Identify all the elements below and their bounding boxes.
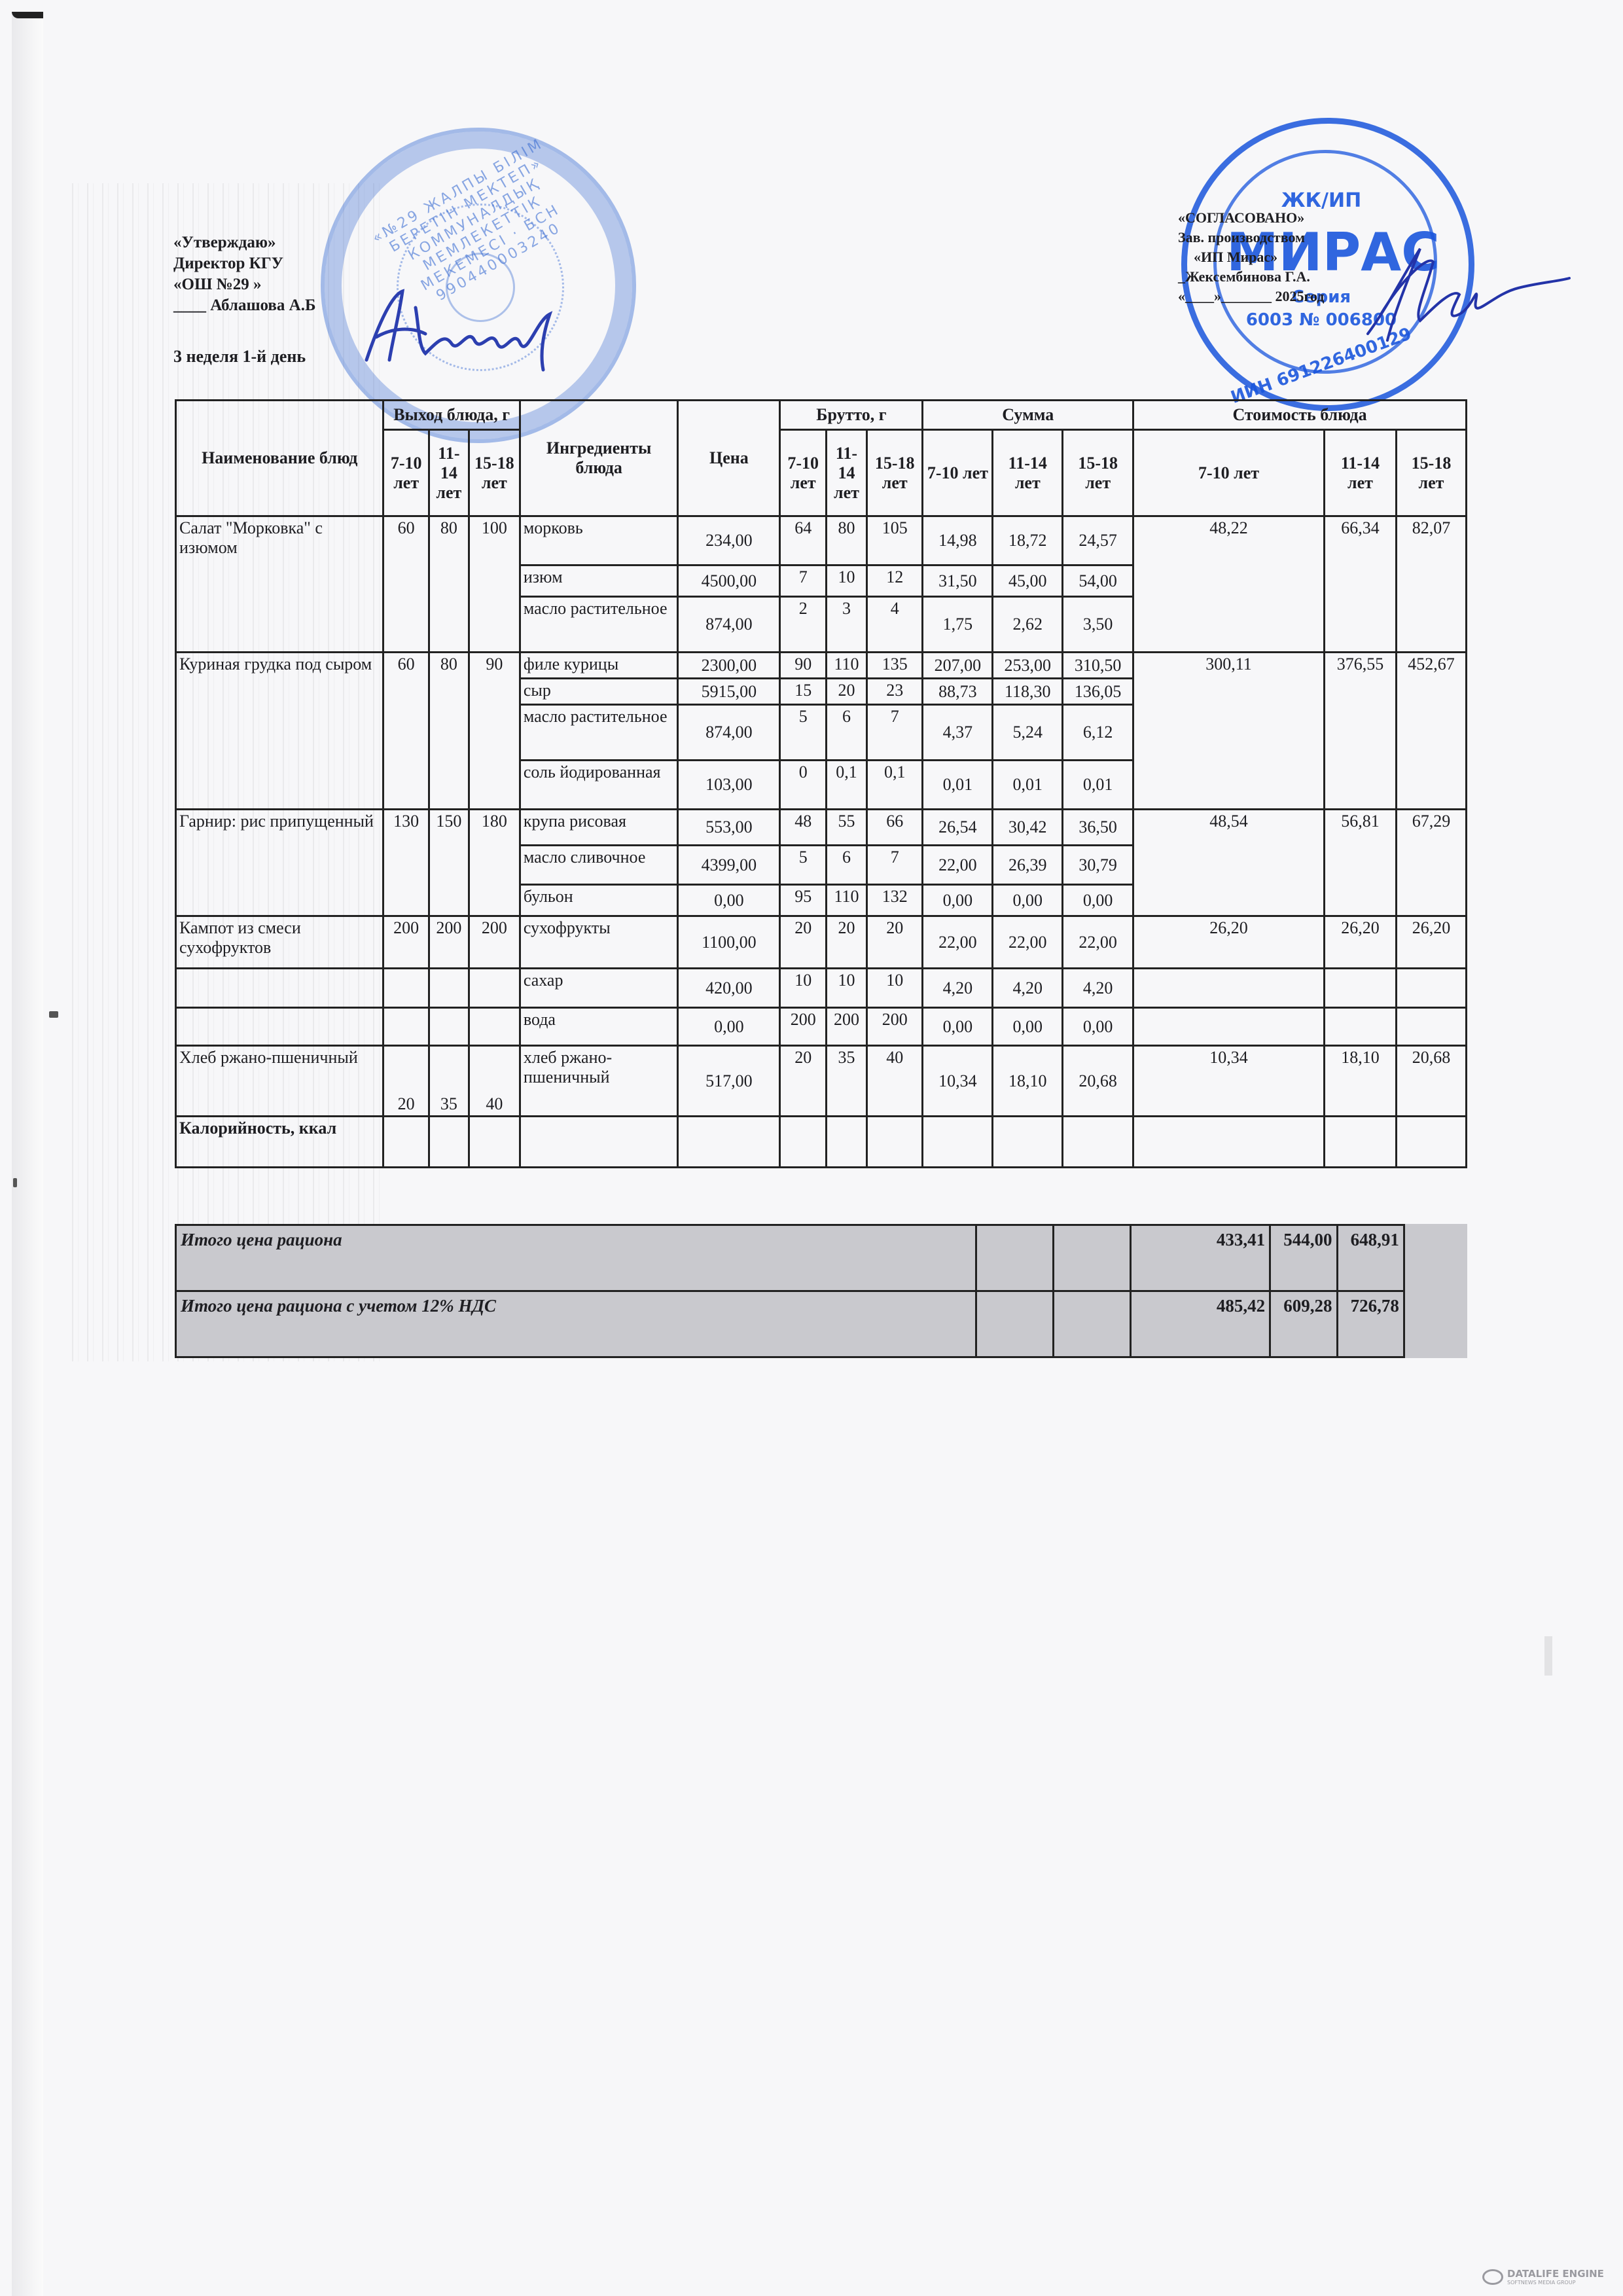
- ingredient-sum: 0,00: [923, 885, 993, 916]
- header-dish-name: Наименование блюд: [176, 401, 383, 516]
- ingredient-name: морковь: [520, 516, 678, 565]
- dish-yield: 35: [429, 1046, 469, 1117]
- ingredient-sum: 0,00: [1063, 885, 1133, 916]
- stamp-emblem-ring: [397, 204, 564, 371]
- ingredient-sum: 4,37: [923, 705, 993, 761]
- ingredient-price: 874,00: [678, 705, 780, 761]
- calorie-cell: [469, 1117, 520, 1168]
- ingredient-name: филе курицы: [520, 653, 678, 679]
- ingredient-gross: 2: [780, 597, 827, 653]
- ingredient-sum: 310,50: [1063, 653, 1133, 679]
- approval-heading: «Утверждаю»: [173, 232, 316, 253]
- ingredient-sum: 18,10: [993, 1046, 1063, 1117]
- approval-block: «Утверждаю» Директор КГУ «ОШ №29 » ____ …: [173, 232, 316, 316]
- ingredient-gross: 200: [866, 1008, 923, 1046]
- totals-value: 485,42: [1130, 1291, 1270, 1357]
- ingredient-gross: 66: [866, 810, 923, 846]
- calorie-cell: [780, 1117, 827, 1168]
- header-age-15-18: 15-18 лет: [1063, 430, 1133, 516]
- agreement-organization: «ИП Мирас»: [1178, 247, 1324, 267]
- page-edge: [12, 12, 43, 2296]
- ingredient-sum: 22,00: [993, 916, 1063, 969]
- dish-name: Кампот из смеси сухофруктов: [176, 916, 383, 969]
- ingredient-gross: 200: [826, 1008, 866, 1046]
- dish-cost-15-18: [1397, 969, 1467, 1008]
- ingredient-name: сухофрукты: [520, 916, 678, 969]
- dish-yield: [429, 969, 469, 1008]
- dish-yield: 80: [429, 516, 469, 653]
- totals-row: Итого цена рациона433,41544,00648,91: [176, 1225, 1467, 1291]
- dish-yield: [383, 1008, 429, 1046]
- ingredient-sum: 45,00: [993, 565, 1063, 597]
- table-row: Гарнир: рис припущенный130150180крупа ри…: [176, 810, 1467, 846]
- ingredient-sum: 31,50: [923, 565, 993, 597]
- ingredient-gross: 135: [866, 653, 923, 679]
- ingredient-sum: 88,73: [923, 679, 993, 705]
- ingredient-gross: 40: [866, 1046, 923, 1117]
- dish-yield: 200: [429, 916, 469, 969]
- totals-label: Итого цена рациона: [176, 1225, 976, 1291]
- ingredient-sum: 0,00: [993, 1008, 1063, 1046]
- totals-table: Итого цена рациона433,41544,00648,91Итог…: [175, 1224, 1467, 1358]
- ingredient-gross: 55: [826, 810, 866, 846]
- dish-yield: [469, 1008, 520, 1046]
- header-age-15-18: 15-18 лет: [1397, 430, 1467, 516]
- ingredient-price: 4500,00: [678, 565, 780, 597]
- header-yield: Выход блюда, г: [383, 401, 520, 430]
- dish-name: [176, 969, 383, 1008]
- ingredient-gross: 0,1: [826, 761, 866, 810]
- dish-yield: 80: [429, 653, 469, 810]
- dish-yield: 90: [469, 653, 520, 810]
- ingredient-sum: 0,01: [923, 761, 993, 810]
- ingredient-sum: 4,20: [993, 969, 1063, 1008]
- calorie-cell: [383, 1117, 429, 1168]
- dish-cost-11-14: [1324, 1008, 1396, 1046]
- ingredient-gross: 200: [780, 1008, 827, 1046]
- totals-row: Итого цена рациона с учетом 12% НДС485,4…: [176, 1291, 1467, 1357]
- header-age-11-14: 11-14 лет: [993, 430, 1063, 516]
- ingredient-gross: 48: [780, 810, 827, 846]
- totals-value: 544,00: [1270, 1225, 1337, 1291]
- ingredient-gross: 95: [780, 885, 827, 916]
- dish-cost-15-18: 82,07: [1397, 516, 1467, 653]
- dish-cost-15-18: 26,20: [1397, 916, 1467, 969]
- ingredient-gross: 132: [866, 885, 923, 916]
- calorie-cell: [1397, 1117, 1467, 1168]
- dish-cost-7-10: [1133, 1008, 1325, 1046]
- ingredient-sum: 136,05: [1063, 679, 1133, 705]
- dish-yield: 200: [383, 916, 429, 969]
- ingredient-sum: 22,00: [923, 846, 993, 885]
- datalife-logo-icon: [1482, 2269, 1503, 2285]
- dish-yield: 200: [469, 916, 520, 969]
- totals-empty-cell: [976, 1225, 1054, 1291]
- header-age-7-10: 7-10 лет: [923, 430, 993, 516]
- ingredient-sum: 18,72: [993, 516, 1063, 565]
- ingredient-gross: 35: [826, 1046, 866, 1117]
- watermark-subtitle: SOFTNEWS MEDIA GROUP: [1507, 2280, 1604, 2286]
- ingredient-price: 0,00: [678, 1008, 780, 1046]
- dish-cost-11-14: 376,55: [1324, 653, 1396, 810]
- ingredient-name: масло растительное: [520, 705, 678, 761]
- ingredient-price: 234,00: [678, 516, 780, 565]
- dish-cost-7-10: 300,11: [1133, 653, 1325, 810]
- ingredient-sum: 30,42: [993, 810, 1063, 846]
- header-age-11-14: 11-14 лет: [1324, 430, 1396, 516]
- header-price: Цена: [678, 401, 780, 516]
- table-row: вода0,002002002000,000,000,00: [176, 1008, 1467, 1046]
- dish-cost-7-10: 48,54: [1133, 810, 1325, 916]
- totals-value: 609,28: [1270, 1291, 1337, 1357]
- scan-speck: [13, 1178, 17, 1187]
- dish-cost-11-14: [1324, 969, 1396, 1008]
- ingredient-gross: 105: [866, 516, 923, 565]
- week-day-title: 3 неделя 1-й день: [173, 347, 306, 367]
- ingredient-gross: 64: [780, 516, 827, 565]
- dish-yield: 20: [383, 1046, 429, 1117]
- dish-cost-15-18: 452,67: [1397, 653, 1467, 810]
- ingredient-sum: 24,57: [1063, 516, 1133, 565]
- agreement-heading: «СОГЛАСОВАНО»: [1178, 208, 1324, 228]
- header-age-7-10: 7-10 лет: [780, 430, 827, 516]
- ingredient-name: масло сливочное: [520, 846, 678, 885]
- calorie-cell: [826, 1117, 866, 1168]
- dish-name: Хлеб ржано-пшеничный: [176, 1046, 383, 1117]
- ingredient-sum: 0,00: [923, 1008, 993, 1046]
- ingredient-gross: 5: [780, 846, 827, 885]
- dish-yield: 180: [469, 810, 520, 916]
- stamp-text: «№29 ЖАЛПЫ БІЛІМ БЕРЕТІН МЕКТЕП» КОММУНА…: [355, 127, 602, 327]
- dish-cost-15-18: [1397, 1008, 1467, 1046]
- scan-speck: [49, 1011, 58, 1018]
- ingredient-price: 1100,00: [678, 916, 780, 969]
- ingredient-sum: 36,50: [1063, 810, 1133, 846]
- stamp-series: 6003 № 006800: [1187, 310, 1455, 330]
- totals-empty-cell: [1053, 1291, 1130, 1357]
- dish-yield: [383, 969, 429, 1008]
- dish-name: Куриная грудка под сыром: [176, 653, 383, 810]
- ingredient-sum: 118,30: [993, 679, 1063, 705]
- calorie-cell: [1063, 1117, 1133, 1168]
- calorie-label: Калорийность, ккал: [176, 1117, 383, 1168]
- ingredient-gross: 10: [866, 969, 923, 1008]
- ingredient-sum: 22,00: [1063, 916, 1133, 969]
- header-ingredients: Ингредиенты блюда: [520, 401, 678, 516]
- calorie-row: Калорийность, ккал: [176, 1117, 1467, 1168]
- header-age-11-14: 11-14 лет: [826, 430, 866, 516]
- calorie-cell: [923, 1117, 993, 1168]
- ingredient-sum: 1,75: [923, 597, 993, 653]
- approval-position: Директор КГУ: [173, 253, 316, 274]
- ingredient-gross: 110: [826, 885, 866, 916]
- approval-organization: «ОШ №29 »: [173, 274, 316, 295]
- agreement-signatory: _Жексембинова Г.А.: [1178, 267, 1324, 287]
- scan-noise: [1544, 1636, 1552, 1676]
- ingredient-sum: 54,00: [1063, 565, 1133, 597]
- totals-value: 726,78: [1337, 1291, 1404, 1357]
- totals-label: Итого цена рациона с учетом 12% НДС: [176, 1291, 976, 1357]
- ingredient-name: сыр: [520, 679, 678, 705]
- ingredient-gross: 12: [866, 565, 923, 597]
- ingredient-sum: 26,54: [923, 810, 993, 846]
- ingredient-name: бульон: [520, 885, 678, 916]
- header-age-15-18: 15-18 лет: [866, 430, 923, 516]
- ingredient-price: 5915,00: [678, 679, 780, 705]
- dish-yield: [469, 969, 520, 1008]
- dish-cost-11-14: 26,20: [1324, 916, 1396, 969]
- ingredient-gross: 90: [780, 653, 827, 679]
- header-age-11-14: 11-14 лет: [429, 430, 469, 516]
- ingredient-gross: 4: [866, 597, 923, 653]
- dish-cost-11-14: 66,34: [1324, 516, 1396, 653]
- school-stamp: «№29 ЖАЛПЫ БІЛІМ БЕРЕТІН МЕКТЕП» КОММУНА…: [321, 128, 636, 443]
- ingredient-gross: 0: [780, 761, 827, 810]
- calorie-cell: [429, 1117, 469, 1168]
- calorie-cell: [993, 1117, 1063, 1168]
- ingredient-sum: 4,20: [923, 969, 993, 1008]
- totals-empty-cell: [1053, 1225, 1130, 1291]
- ingredient-price: 517,00: [678, 1046, 780, 1117]
- ingredient-sum: 207,00: [923, 653, 993, 679]
- dish-cost-11-14: 56,81: [1324, 810, 1396, 916]
- ingredient-gross: 23: [866, 679, 923, 705]
- ingredient-price: 2300,00: [678, 653, 780, 679]
- ingredient-gross: 0,1: [866, 761, 923, 810]
- ingredient-sum: 4,20: [1063, 969, 1133, 1008]
- ingredient-price: 874,00: [678, 597, 780, 653]
- dish-cost-11-14: 18,10: [1324, 1046, 1396, 1117]
- header-age-7-10: 7-10 лет: [383, 430, 429, 516]
- dish-cost-7-10: 10,34: [1133, 1046, 1325, 1117]
- ingredient-gross: 7: [866, 846, 923, 885]
- ingredient-gross: 15: [780, 679, 827, 705]
- dish-name: [176, 1008, 383, 1046]
- ingredient-gross: 10: [826, 565, 866, 597]
- agreement-date: «____»_______ 2025год: [1178, 287, 1324, 306]
- table-row: Кампот из смеси сухофруктов200200200сухо…: [176, 916, 1467, 969]
- ingredient-sum: 3,50: [1063, 597, 1133, 653]
- watermark-title: DATALIFE ENGINE: [1507, 2268, 1604, 2280]
- dish-cost-7-10: 26,20: [1133, 916, 1325, 969]
- ingredient-price: 553,00: [678, 810, 780, 846]
- dish-name: Гарнир: рис припущенный: [176, 810, 383, 916]
- agreement-position: Зав. производством: [1178, 228, 1324, 247]
- ingredient-sum: 253,00: [993, 653, 1063, 679]
- ingredient-gross: 5: [780, 705, 827, 761]
- ingredient-sum: 0,01: [1063, 761, 1133, 810]
- table-row: сахар420,001010104,204,204,20: [176, 969, 1467, 1008]
- dish-cost-7-10: 48,22: [1133, 516, 1325, 653]
- ingredient-sum: 6,12: [1063, 705, 1133, 761]
- ingredient-name: изюм: [520, 565, 678, 597]
- ingredient-gross: 10: [780, 969, 827, 1008]
- ingredient-name: сахар: [520, 969, 678, 1008]
- dish-yield: 130: [383, 810, 429, 916]
- dish-cost-15-18: 67,29: [1397, 810, 1467, 916]
- ingredient-gross: 20: [780, 1046, 827, 1117]
- totals-value: 648,91: [1337, 1225, 1404, 1291]
- ingredient-sum: 20,68: [1063, 1046, 1133, 1117]
- ingredient-sum: 26,39: [993, 846, 1063, 885]
- ingredient-name: хлеб ржано-пшеничный: [520, 1046, 678, 1117]
- ingredient-gross: 20: [780, 916, 827, 969]
- ingredient-price: 4399,00: [678, 846, 780, 885]
- ingredient-gross: 110: [826, 653, 866, 679]
- ingredient-sum: 22,00: [923, 916, 993, 969]
- header-gross: Брутто, г: [780, 401, 923, 430]
- dish-cost-7-10: [1133, 969, 1325, 1008]
- ingredient-gross: 10: [826, 969, 866, 1008]
- ingredient-sum: 10,34: [923, 1046, 993, 1117]
- calorie-cell: [1133, 1117, 1325, 1168]
- agreement-block: «СОГЛАСОВАНО» Зав. производством «ИП Мир…: [1178, 208, 1324, 306]
- approval-signatory: ____ Аблашова А.Б: [173, 295, 316, 316]
- ingredient-sum: 5,24: [993, 705, 1063, 761]
- dish-yield: 60: [383, 516, 429, 653]
- supplier-signature: [1361, 242, 1571, 347]
- totals-empty-cell: [976, 1291, 1054, 1357]
- header-age-15-18: 15-18 лет: [469, 430, 520, 516]
- ingredient-price: 420,00: [678, 969, 780, 1008]
- ingredient-sum: 0,01: [993, 761, 1063, 810]
- header-dish-cost: Стоимость блюда: [1133, 401, 1467, 430]
- ingredient-gross: 3: [826, 597, 866, 653]
- dish-yield: 150: [429, 810, 469, 916]
- ingredient-name: вода: [520, 1008, 678, 1046]
- ingredient-price: 0,00: [678, 885, 780, 916]
- ingredient-gross: 6: [826, 705, 866, 761]
- header-sum: Сумма: [923, 401, 1133, 430]
- ingredient-sum: 0,00: [993, 885, 1063, 916]
- ingredient-price: 103,00: [678, 761, 780, 810]
- ingredient-gross: 80: [826, 516, 866, 565]
- ingredient-sum: 30,79: [1063, 846, 1133, 885]
- ingredient-name: соль йодированная: [520, 761, 678, 810]
- watermark: DATALIFE ENGINE SOFTNEWS MEDIA GROUP: [1482, 2268, 1604, 2286]
- ingredient-gross: 7: [780, 565, 827, 597]
- dish-yield: 60: [383, 653, 429, 810]
- dish-cost-15-18: 20,68: [1397, 1046, 1467, 1117]
- menu-table: Наименование блюд Выход блюда, г Ингреди…: [175, 399, 1467, 1168]
- dish-name: Салат "Морковка" с изюмом: [176, 516, 383, 653]
- calorie-cell: [520, 1117, 678, 1168]
- ingredient-sum: 2,62: [993, 597, 1063, 653]
- calorie-cell: [678, 1117, 780, 1168]
- table-row: Хлеб ржано-пшеничный203540хлеб ржано-пше…: [176, 1046, 1467, 1117]
- ingredient-gross: 7: [866, 705, 923, 761]
- ingredient-name: масло растительное: [520, 597, 678, 653]
- stamp-emblem-core: [446, 253, 515, 322]
- ingredient-sum: 0,00: [1063, 1008, 1133, 1046]
- ingredient-sum: 14,98: [923, 516, 993, 565]
- ingredient-name: крупа рисовая: [520, 810, 678, 846]
- dish-yield: 100: [469, 516, 520, 653]
- calorie-cell: [1324, 1117, 1396, 1168]
- totals-value: 433,41: [1130, 1225, 1270, 1291]
- calorie-cell: [866, 1117, 923, 1168]
- director-signature: [353, 281, 589, 373]
- ingredient-gross: 20: [826, 679, 866, 705]
- ingredient-gross: 20: [866, 916, 923, 969]
- table-row: Куриная грудка под сыром608090филе куриц…: [176, 653, 1467, 679]
- header-age-7-10: 7-10 лет: [1133, 430, 1325, 516]
- table-row: Салат "Морковка" с изюмом6080100морковь2…: [176, 516, 1467, 565]
- page-corner: [12, 12, 43, 18]
- ingredient-gross: 6: [826, 846, 866, 885]
- dish-yield: [429, 1008, 469, 1046]
- ingredient-gross: 20: [826, 916, 866, 969]
- dish-yield: 40: [469, 1046, 520, 1117]
